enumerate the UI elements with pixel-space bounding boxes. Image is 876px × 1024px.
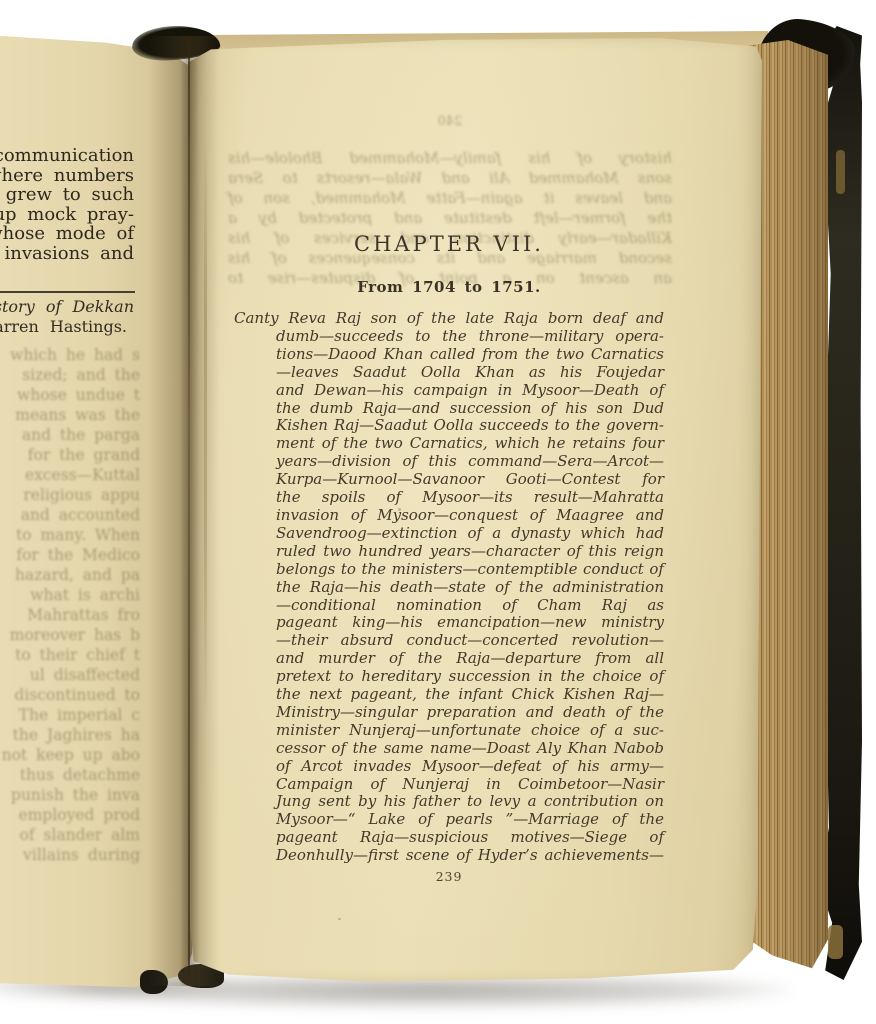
- summary-line: Campaign of Nunjeraj in Coimbetoor—Nasir: [234, 776, 664, 794]
- footnote-line: History of Dekkan: [0, 297, 134, 317]
- show-through-line: The imperial c: [0, 705, 140, 725]
- show-through-line: history of his family—Mohammed Bholole—h…: [228, 148, 672, 168]
- left-page-text-line: communication: [0, 146, 134, 166]
- paper-speck: [528, 678, 530, 680]
- chapter-date-range: From 1704 to 1751.: [234, 278, 664, 296]
- show-through-page-number: 240: [228, 112, 672, 132]
- summary-line: Kishen Raj—Saadut Oolla succeeds to the …: [234, 417, 664, 435]
- summary-line: —their absurd conduct—concerted revoluti…: [234, 632, 664, 650]
- summary-line: dumb—succeeds to the throne—military ope…: [234, 328, 664, 346]
- summary-line: minister Nunjeraj—unfortunate choice of …: [234, 722, 664, 740]
- left-page-text-line: where numbers: [0, 166, 134, 186]
- summary-line: pageant king—his emancipation—new minist…: [234, 614, 664, 632]
- show-through-line: villains during: [0, 845, 140, 865]
- show-through-line: and accounted: [0, 505, 140, 525]
- summary-line: Mysoor—“ Lake of pearls ”—Marriage of th…: [234, 811, 664, 829]
- summary-line: —leaves Saadut Oolla Khan as his Foujeda…: [234, 364, 664, 382]
- show-through-lines: history of his family—Mohammed Bholole—h…: [228, 148, 672, 288]
- summary-line: the spoils of Mysoor—its result—Mahratta: [234, 489, 664, 507]
- show-through-line: what is archi: [0, 585, 140, 605]
- page-number: 239: [234, 869, 664, 884]
- show-through-line: moreover has b: [0, 625, 140, 645]
- cover-wear-spot: [836, 150, 845, 194]
- gutter-crease-line: [188, 52, 190, 974]
- show-through-line: religious appu: [0, 485, 140, 505]
- paper-speck: [338, 918, 341, 920]
- show-through-line: ul disaffected: [0, 665, 140, 685]
- show-through-line: sons Mohammed Ali and Wala—resorts to Se…: [228, 168, 672, 188]
- show-through-line: punish the inva: [0, 785, 140, 805]
- right-page: 240 history of his family—Mohammed Bholo…: [188, 38, 762, 982]
- page-crease: [204, 133, 207, 723]
- summary-line: ment of the two Carnatics, which he reta…: [234, 435, 664, 453]
- summary-line: the next pageant, the infant Chick Kishe…: [234, 686, 664, 704]
- show-through-line: and the parga: [0, 425, 140, 445]
- show-through-line: thus detachme: [0, 765, 140, 785]
- summary-line: of Arcot invades Mysoor—defeat of his ar…: [234, 758, 664, 776]
- show-through-line: hazard, and pa: [0, 565, 140, 585]
- summary-line: the dumb Raja—and succession of his son …: [234, 400, 664, 418]
- summary-line: —conditional nomination of Cham Raj as: [234, 597, 664, 615]
- summary-line: Deonhully—first scene of Hyder’s achieve…: [234, 847, 664, 865]
- show-through-line: to many. When: [0, 525, 140, 545]
- summary-line: belongs to the ministers—contemptible co…: [234, 561, 664, 579]
- show-through-line: whose undue t: [0, 385, 140, 405]
- summary-line: cessor of the same name—Doast Aly Khan N…: [234, 740, 664, 758]
- left-page-text-line: whose mode of: [0, 224, 134, 244]
- left-page-show-through-text: which he had ssized; and thewhose undue …: [0, 345, 140, 865]
- show-through-line: excess—Kuttal: [0, 465, 140, 485]
- show-through-line: discontinued to: [0, 685, 140, 705]
- left-page: communicationwhere numbersce grew to suc…: [0, 33, 192, 990]
- footnote-rule: [0, 291, 135, 293]
- show-through-line: for the grand: [0, 445, 140, 465]
- left-page-text-line: up mock pray-: [0, 205, 134, 225]
- summary-line: Kurpa—Kurnool—Savanoor Gooti—Contest for: [234, 471, 664, 489]
- book-photo: communicationwhere numbersce grew to suc…: [0, 0, 876, 1024]
- show-through-line: to their chief t: [0, 645, 140, 665]
- summary-line: and murder of the Raja—departure from al…: [234, 650, 664, 668]
- summary-line: Ministry—singular preparation and death …: [234, 704, 664, 722]
- show-through-line: employed prod: [0, 805, 140, 825]
- show-through-line: Mahrattas fro: [0, 605, 140, 625]
- right-page-show-through-text: 240 history of his family—Mohammed Bholo…: [228, 112, 672, 288]
- summary-line: the Raja—his death—state of the administ…: [234, 579, 664, 597]
- left-page-text-line: invasions and: [0, 244, 134, 264]
- show-through-line: of slander alm: [0, 825, 140, 845]
- summary-line: ruled two hundred years—character of thi…: [234, 543, 664, 561]
- summary-line: pretext to hereditary succession in the …: [234, 668, 664, 686]
- summary-line: pageant Raja—suspicious motives—Siege of: [234, 829, 664, 847]
- summary-line: invasion of Mysoor—conquest of Maagree a…: [234, 507, 664, 525]
- left-page-text: communicationwhere numbersce grew to suc…: [0, 146, 134, 264]
- summary-line: Canty Reva Raj son of the late Raja born…: [234, 310, 664, 328]
- show-through-line: sized; and the: [0, 365, 140, 385]
- footnote-line: Warren Hastings.: [0, 317, 134, 337]
- show-through-line: the former—left destitute and protected …: [228, 208, 672, 228]
- summary-line: Savendroog—extinction of a dynasty which…: [234, 525, 664, 543]
- chapter-summary: Canty Reva Raj son of the late Raja born…: [234, 310, 664, 865]
- show-through-line: for the Medico: [0, 545, 140, 565]
- show-through-line: the Jaghires ha: [0, 725, 140, 745]
- summary-line: and Dewan—his campaign in Mysoor—Death o…: [234, 382, 664, 400]
- show-through-line: not keep up abo: [0, 745, 140, 765]
- left-page-text-line: ce grew to such: [0, 185, 134, 205]
- cover-wear-spot: [828, 925, 843, 959]
- binding-corner-gutter-bottom: [140, 970, 168, 994]
- paper-speck: [398, 508, 401, 511]
- summary-line: years—division of this command—Sera—Arco…: [234, 453, 664, 471]
- left-page-footnote: History of DekkanWarren Hastings.: [0, 297, 134, 336]
- summary-line: Jung sent by his father to levy a contri…: [234, 793, 664, 811]
- show-through-line: which he had s: [0, 345, 140, 365]
- show-through-line: and leaves it again—Fatte Mohammed, son …: [228, 188, 672, 208]
- chapter-heading: CHAPTER VII.: [234, 232, 664, 256]
- show-through-line: means was the: [0, 405, 140, 425]
- summary-line: tions—Daood Khan called from the two Car…: [234, 346, 664, 364]
